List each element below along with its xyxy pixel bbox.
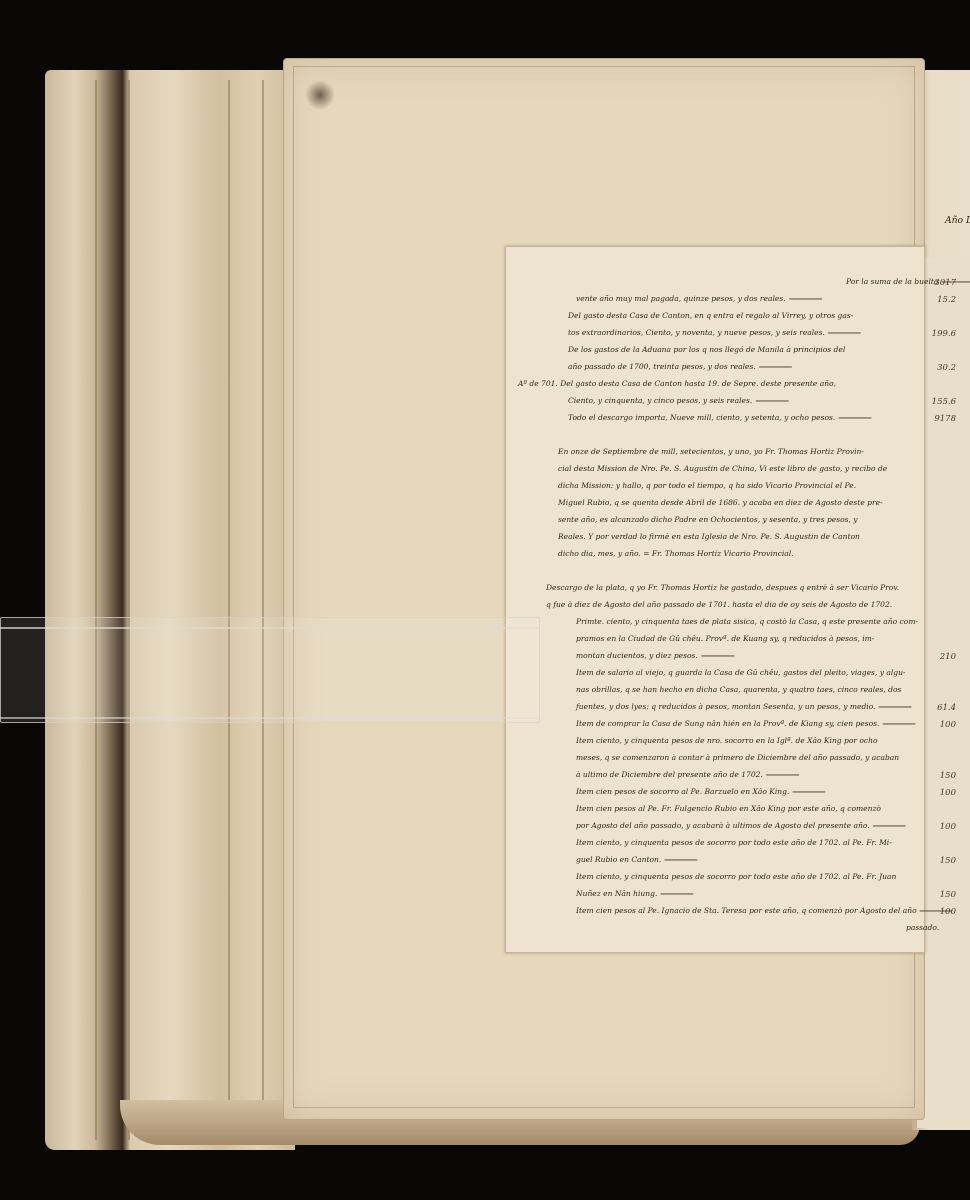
ledger-amount: 61.4 (937, 700, 956, 717)
line-text: Item ciento, y cinquenta pesos de socorr… (576, 872, 896, 881)
ink-smudge (305, 80, 335, 110)
manuscript-line: nas obrillas, q se han hecho en dicha Ca… (576, 683, 901, 697)
line-text: q fue à diez de Agosto del año passado d… (546, 600, 892, 609)
ledger-amount: 9178 (934, 411, 956, 428)
amount-rule (701, 656, 734, 657)
manuscript-line: Item ciento, y cinquenta pesos de nro. s… (576, 734, 878, 748)
ledger-amount: 199.6 (932, 326, 956, 343)
ledger-amount: 150 (940, 768, 956, 785)
manuscript-line: Descargo de la plata, q yo Fr. Thomas Ho… (546, 581, 899, 595)
manuscript-text: Por la suma de la buelta3017vente año mu… (556, 275, 916, 945)
amount-rule (661, 894, 694, 895)
line-text: dicho dia, mes, y año. = Fr. Thomas Hort… (558, 549, 794, 558)
manuscript-line: dicho dia, mes, y año. = Fr. Thomas Hort… (558, 547, 794, 561)
line-text: meses, q se comenzaron à contar à primer… (576, 753, 899, 762)
manuscript-line: Item de comprar la Casa de Sung nân hién… (576, 717, 915, 731)
amount-rule (789, 299, 822, 300)
line-text: Por la suma de la buelta (846, 277, 938, 286)
line-text: pramos en la Ciudad de Gû chêu. Provª. d… (576, 634, 874, 643)
manuscript-line: Todo el descargo importa, Nueve mill, ci… (568, 411, 871, 425)
line-text: Item cien pesos al Pe. Fr. Fulgencio Rub… (576, 804, 881, 813)
amount-rule (665, 860, 698, 861)
ledger-amount: 210 (940, 649, 956, 666)
line-text: año passado de 1700, treinta pesos, y do… (568, 362, 756, 371)
manuscript-line: meses, q se comenzaron à contar à primer… (576, 751, 899, 765)
amount-rule (755, 401, 788, 402)
amount-rule (793, 792, 826, 793)
line-text: guel Rubio en Canton. (576, 855, 661, 864)
line-text: Item de salario al viejo, q guarda la Ca… (576, 668, 905, 677)
plastic-clip-strip (0, 617, 540, 723)
line-text: fuentes, y dos lyes; q reducidos à pesos… (576, 702, 875, 711)
manuscript-line: dicha Mission: y hallo, q por todo el ti… (558, 479, 856, 493)
manuscript-line: Primte. ciento, y cinquenta taes de plat… (576, 615, 918, 629)
manuscript-line: montan ducientos, y diez pesos. (576, 649, 734, 663)
ledger-amount: 155.6 (932, 394, 956, 411)
right-page-heading: Año D (945, 212, 970, 229)
page-edge-line (228, 80, 230, 1140)
manuscript-line: Del gasto desta Casa de Canton, en q ent… (568, 309, 853, 323)
line-text: à ultimo de Diciembre del presente año d… (576, 770, 763, 779)
inserted-sheet: Por la suma de la buelta3017vente año mu… (505, 246, 925, 953)
plastic-strip-edge (0, 627, 538, 629)
line-text: nas obrillas, q se han hecho en dicha Ca… (576, 685, 901, 694)
line-text: montan ducientos, y diez pesos. (576, 651, 698, 660)
line-text: por Agosto del año passado, y acabarà à … (576, 821, 870, 830)
page-edge-line (128, 80, 130, 1140)
line-text: Todo el descargo importa, Nueve mill, ci… (568, 413, 835, 422)
manuscript-line: Miguel Rubio, q se quenta desde Abril de… (558, 496, 883, 510)
line-text: Ciento, y cinquenta, y cinco pesos, y se… (568, 396, 752, 405)
manuscript-line: fuentes, y dos lyes; q reducidos à pesos… (576, 700, 912, 714)
line-text: Miguel Rubio, q se quenta desde Abril de… (558, 498, 883, 507)
ledger-amount: 150 (940, 887, 956, 904)
manuscript-line: Aº de 701. Del gasto desta Casa de Canto… (518, 377, 836, 391)
line-text: Del gasto desta Casa de Canton, en q ent… (568, 311, 853, 320)
amount-rule (828, 333, 861, 334)
line-text: sente año, es alcanzado dicho Padre en O… (558, 515, 858, 524)
manuscript-line: Ciento, y cinquenta, y cinco pesos, y se… (568, 394, 788, 408)
ledger-amount: 100 (940, 904, 956, 921)
manuscript-line: año passado de 1700, treinta pesos, y do… (568, 360, 792, 374)
manuscript-line: Item cien pesos de socorro al Pe. Barzue… (576, 785, 825, 799)
line-text: Item ciento, y cinquenta pesos de nro. s… (576, 736, 878, 745)
manuscript-line: Item de salario al viejo, q guarda la Ca… (576, 666, 905, 680)
line-text: dicha Mission: y hallo, q por todo el ti… (558, 481, 856, 490)
page-edge-line (95, 80, 97, 1140)
amount-rule (873, 826, 906, 827)
manuscript-line: sente año, es alcanzado dicho Padre en O… (558, 513, 858, 527)
ledger-amount: 100 (940, 717, 956, 734)
manuscript-line: por Agosto del año passado, y acabarà à … (576, 819, 906, 833)
amount-rule (759, 367, 792, 368)
line-text: vente año muy mal pagada, quinze pesos, … (576, 294, 786, 303)
manuscript-line: Reales. Y por verdad lo firmè en esta Ig… (558, 530, 860, 544)
ledger-amount: 3017 (934, 275, 956, 292)
line-text: Item cien pesos al Pe. Ignacio de Sta. T… (576, 906, 917, 915)
line-text: Item ciento, y cinquenta pesos de socorr… (576, 838, 892, 847)
amount-rule (883, 724, 916, 725)
manuscript-line: à ultimo de Diciembre del presente año d… (576, 768, 799, 782)
manuscript-line: Nuñez en Nân hiung. (576, 887, 693, 901)
left-page-stack (45, 70, 295, 1150)
manuscript-line: cial desta Mission de Nro. Pe. S. August… (558, 462, 887, 476)
ledger-amount: 150 (940, 853, 956, 870)
ledger-amount: 15.2 (937, 292, 956, 309)
line-text: Item de comprar la Casa de Sung nân hién… (576, 719, 879, 728)
ledger-amount: 30.2 (937, 360, 956, 377)
amount-rule (839, 418, 872, 419)
manuscript-line: Item cien pesos al Pe. Fr. Fulgencio Rub… (576, 802, 881, 816)
manuscript-line: passado. (906, 921, 939, 935)
line-text: cial desta Mission de Nro. Pe. S. August… (558, 464, 887, 473)
manuscript-line: guel Rubio en Canton. (576, 853, 697, 867)
manuscript-line: Item ciento, y cinquenta pesos de socorr… (576, 836, 892, 850)
amount-rule (879, 707, 912, 708)
line-text: En onze de Septiembre de mill, setecient… (558, 447, 864, 456)
ledger-amount: 100 (940, 819, 956, 836)
line-text: Reales. Y por verdad lo firmè en esta Ig… (558, 532, 860, 541)
line-text: Aº de 701. Del gasto desta Casa de Canto… (518, 379, 836, 388)
manuscript-line: q fue à diez de Agosto del año passado d… (546, 598, 892, 612)
manuscript-line: Item ciento, y cinquenta pesos de socorr… (576, 870, 896, 884)
line-text: tos extraordinarios, Ciento, y noventa, … (568, 328, 825, 337)
amount-rule (766, 775, 799, 776)
manuscript-line: En onze de Septiembre de mill, setecient… (558, 445, 864, 459)
line-text: Item cien pesos de socorro al Pe. Barzue… (576, 787, 789, 796)
manuscript-line: vente año muy mal pagada, quinze pesos, … (576, 292, 822, 306)
manuscript-line: pramos en la Ciudad de Gû chêu. Provª. d… (576, 632, 874, 646)
line-text: Descargo de la plata, q yo Fr. Thomas Ho… (546, 583, 899, 592)
plastic-strip-edge (0, 717, 538, 719)
manuscript-line: De los gastos de la Aduana por los q nos… (568, 343, 845, 357)
line-text: De los gastos de la Aduana por los q nos… (568, 345, 845, 354)
manuscript-line: tos extraordinarios, Ciento, y noventa, … (568, 326, 861, 340)
manuscript-line: Item cien pesos al Pe. Ignacio de Sta. T… (576, 904, 953, 918)
page-edge-line (262, 80, 264, 1140)
line-text: Primte. ciento, y cinquenta taes de plat… (576, 617, 918, 626)
line-text: passado. (906, 923, 939, 932)
line-text: Nuñez en Nân hiung. (576, 889, 657, 898)
ledger-amount: 100 (940, 785, 956, 802)
